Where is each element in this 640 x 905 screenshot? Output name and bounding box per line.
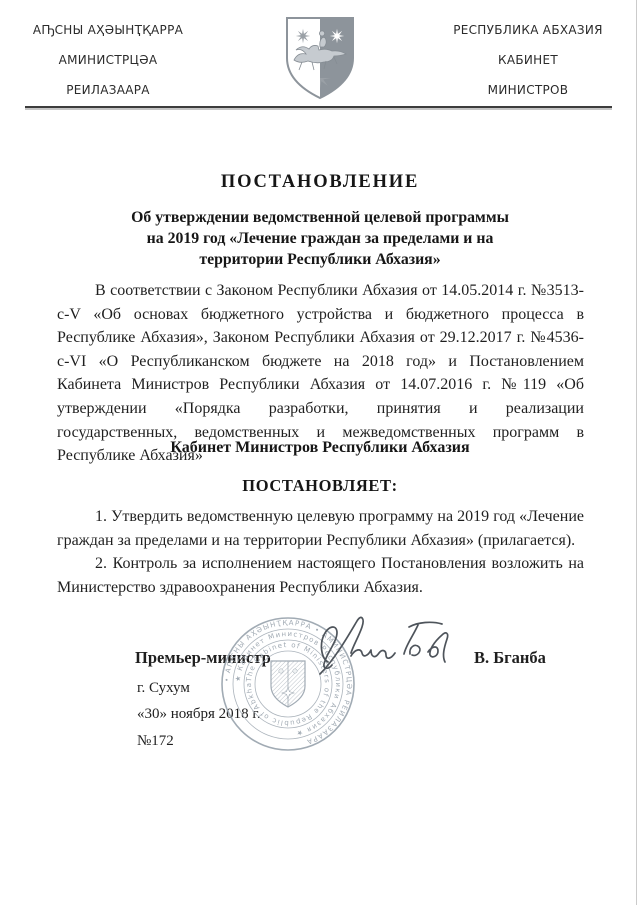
signer-post: Премьер-министр xyxy=(135,648,271,668)
letterhead-russian-line: РЕСПУБЛИКА АБХАЗИЯ xyxy=(436,15,620,45)
decree-subject: Об утверждении ведомственной целевой про… xyxy=(70,207,570,270)
signer-name: В. Бганба xyxy=(474,648,546,668)
decree-word: ПОСТАНОВЛЯЕТ: xyxy=(0,476,640,496)
stamp-center-emblem xyxy=(271,661,305,707)
decree-subject-line: Об утверждении ведомственной целевой про… xyxy=(70,207,570,228)
decree-authority: Кабинет Министров Республики Абхазия xyxy=(0,439,640,457)
letterhead-abkhaz-line: РЕИЛАЗААРА xyxy=(20,75,196,105)
letterhead-abkhaz: АҦСНЫ АҲӘЫНҬҚАРРА АМИНИСТРЦӘА РЕИЛАЗААРА xyxy=(20,15,196,105)
letterhead-abkhaz-line: АҦСНЫ АҲӘЫНҬҚАРРА xyxy=(20,15,196,45)
letterhead-russian-line: МИНИСТРОВ xyxy=(436,75,620,105)
stamp-outer-ring-text: • АҦСНЫ АҲӘЫНҬҚАРРА • АМИНИСТРЦӘА РЕИЛАЗ… xyxy=(223,619,353,746)
signature-date: «30» ноября 2018 г. xyxy=(137,706,261,723)
decree-item-2: 2. Контроль за исполнением настоящего По… xyxy=(57,552,584,599)
signature-city: г. Сухум xyxy=(137,680,190,697)
decree-subject-line: территории Республики Абхазия» xyxy=(70,249,570,270)
abkhazia-coat-of-arms-icon xyxy=(282,14,358,102)
letterhead-russian-line: КАБИНЕТ xyxy=(436,45,620,75)
decree-document-page: АҦСНЫ АҲӘЫНҬҚАРРА АМИНИСТРЦӘА РЕИЛАЗААРА… xyxy=(0,0,640,905)
official-round-stamp: • АҦСНЫ АҲӘЫНҬҚАРРА • АМИНИСТРЦӘА РЕИЛАЗ… xyxy=(219,615,357,753)
scan-edge-artifact xyxy=(636,0,637,905)
letterhead-russian: РЕСПУБЛИКА АБХАЗИЯ КАБИНЕТ МИНИСТРОВ xyxy=(436,15,620,105)
decree-items: 1. Утвердить ведомственную целевую прогр… xyxy=(57,505,584,599)
decree-title: ПОСТАНОВЛЕНИЕ xyxy=(0,172,640,193)
decree-subject-line: на 2019 год «Лечение граждан за пределам… xyxy=(70,228,570,249)
decree-item-1: 1. Утвердить ведомственную целевую прогр… xyxy=(57,505,584,552)
decree-number: №172 xyxy=(137,733,174,750)
handwritten-signature xyxy=(316,614,468,680)
letterhead-divider xyxy=(25,106,612,108)
letterhead-abkhaz-line: АМИНИСТРЦӘА xyxy=(20,45,196,75)
